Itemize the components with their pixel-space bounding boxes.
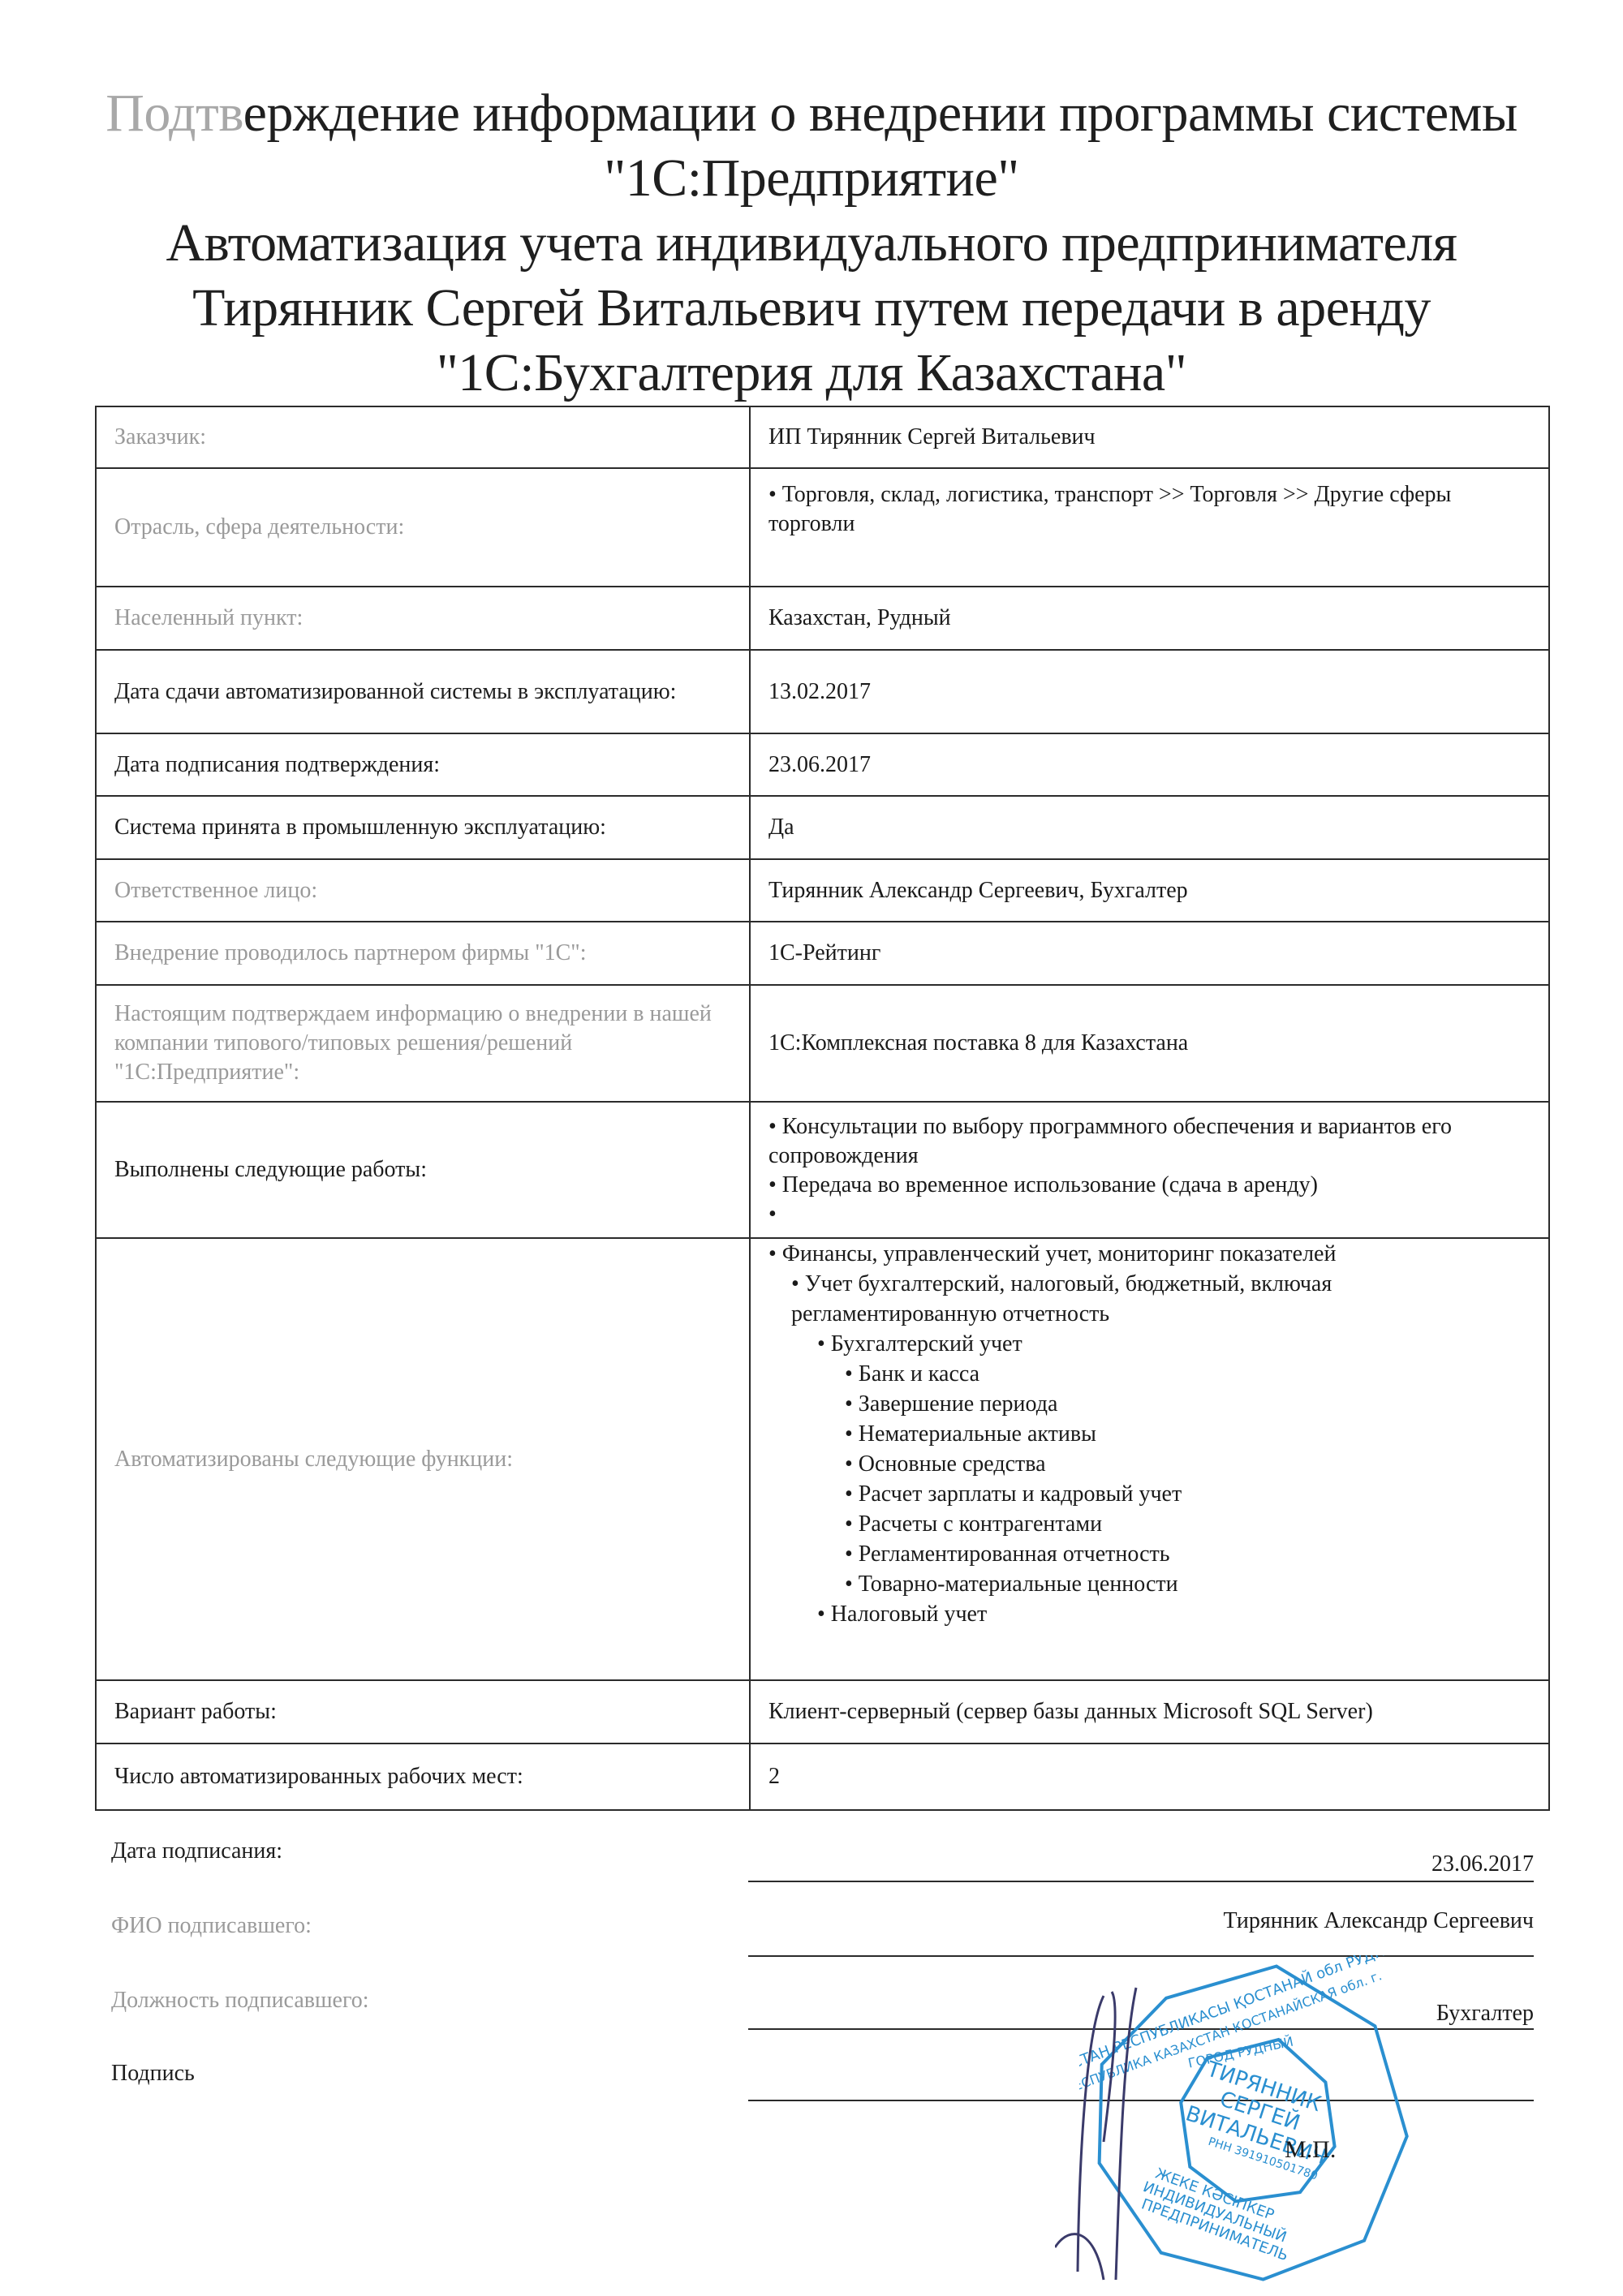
row-label: Заказчик: — [96, 406, 750, 468]
signing-date-label: Дата подписания: — [111, 1838, 282, 1864]
table-row: Отрасль, сфера деятельности: • Торговля,… — [96, 468, 1549, 587]
row-label: Вариант работы: — [96, 1680, 750, 1743]
signer-position-label: Должность подписавшего: — [111, 1988, 369, 2014]
stamp-mark-label: М.П. — [1285, 2136, 1336, 2164]
title-line-2: "1С:Предприятие" — [0, 146, 1623, 211]
works-list: • Консультации по выбору программного об… — [750, 1102, 1549, 1238]
table-row: Ответственное лицо: Тирянник Александр С… — [96, 859, 1549, 922]
row-label: Автоматизированы следующие функции: — [96, 1238, 750, 1680]
table-row: Система принята в промышленную эксплуата… — [96, 796, 1549, 859]
row-value: Тирянник Александр Сергеевич, Бухгалтер — [750, 859, 1549, 922]
list-item: • Учет бухгалтерский, налоговый, бюджетн… — [768, 1269, 1530, 1329]
list-item: • Регламентированная отчетность — [768, 1539, 1530, 1569]
row-value: ИП Тирянник Сергей Витальевич — [750, 406, 1549, 468]
table-row: Внедрение проводилось партнером фирмы "1… — [96, 922, 1549, 985]
table-row: Настоящим подтверждаем информацию о внед… — [96, 985, 1549, 1102]
row-value: Клиент-серверный (сервер базы данных Mic… — [750, 1680, 1549, 1743]
row-value: Казахстан, Рудный — [750, 587, 1549, 650]
row-value: 23.06.2017 — [750, 733, 1549, 796]
row-value: 2 — [750, 1743, 1549, 1810]
table-row: Заказчик: ИП Тирянник Сергей Витальевич — [96, 406, 1549, 468]
list-item: • Бухгалтерский учет — [768, 1329, 1530, 1359]
list-item: • Финансы, управленческий учет, монитори… — [768, 1239, 1530, 1269]
signature-label: Подпись — [111, 2061, 195, 2087]
row-value: 13.02.2017 — [750, 650, 1549, 733]
list-item: • — [768, 1200, 1530, 1229]
row-label: Дата сдачи автоматизированной системы в … — [96, 650, 750, 733]
row-label: Отрасль, сфера деятельности: — [96, 468, 750, 587]
list-item: • Налоговый учет — [768, 1599, 1530, 1629]
table-row: Автоматизированы следующие функции: • Фи… — [96, 1238, 1549, 1680]
title-line-4: Тирянник Сергей Витальевич путем передач… — [0, 276, 1623, 341]
list-item: • Консультации по выбору программного об… — [768, 1112, 1530, 1171]
document-title: Подтверждение информации о внедрении про… — [0, 81, 1623, 406]
row-label: Ответственное лицо: — [96, 859, 750, 922]
table-row: Выполнены следующие работы: • Консультац… — [96, 1102, 1549, 1238]
row-label: Дата подписания подтверждения: — [96, 733, 750, 796]
list-item: • Нематериальные активы — [768, 1419, 1530, 1449]
row-label: Выполнены следующие работы: — [96, 1102, 750, 1238]
row-value: 1С-Рейтинг — [750, 922, 1549, 985]
row-label: Настоящим подтверждаем информацию о внед… — [96, 985, 750, 1102]
row-value: Да — [750, 796, 1549, 859]
title-line-1: Подтверждение информации о внедрении про… — [0, 81, 1623, 146]
table-row: Вариант работы: Клиент-серверный (сервер… — [96, 1680, 1549, 1743]
info-table: Заказчик: ИП Тирянник Сергей Витальевич … — [95, 406, 1550, 1811]
row-label: Населенный пункт: — [96, 587, 750, 650]
list-item: • Завершение периода — [768, 1389, 1530, 1419]
table-row: Число автоматизированных рабочих мест: 2 — [96, 1743, 1549, 1810]
list-item: • Товарно-материальные ценности — [768, 1569, 1530, 1599]
table-row: Населенный пункт: Казахстан, Рудный — [96, 587, 1549, 650]
signer-name-label: ФИО подписавшего: — [111, 1913, 312, 1939]
row-label: Внедрение проводилось партнером фирмы "1… — [96, 922, 750, 985]
title-line-5: "1С:Бухгалтерия для Казахстана" — [0, 341, 1623, 406]
table-row: Дата подписания подтверждения: 23.06.201… — [96, 733, 1549, 796]
title-line-3: Автоматизация учета индивидуального пред… — [0, 211, 1623, 276]
list-item: • Расчеты с контрагентами — [768, 1509, 1530, 1539]
row-label: Число автоматизированных рабочих мест: — [96, 1743, 750, 1810]
signer-position-value: Бухгалтер — [1436, 2001, 1534, 2027]
handwritten-signature-icon — [1055, 1980, 1177, 2288]
row-value: 1С:Комплексная поставка 8 для Казахстана — [750, 985, 1549, 1102]
signer-name-value: Тирянник Александр Сергеевич — [1224, 1908, 1534, 1934]
list-item: • Передача во временное использование (с… — [768, 1171, 1530, 1200]
list-item: • Банк и касса — [768, 1359, 1530, 1389]
signing-date-value: 23.06.2017 — [1431, 1851, 1534, 1877]
signing-date-line — [748, 1881, 1534, 1882]
list-item: • Основные средства — [768, 1449, 1530, 1479]
table-row: Дата сдачи автоматизированной системы в … — [96, 650, 1549, 733]
row-label: Система принята в промышленную эксплуата… — [96, 796, 750, 859]
functions-list: • Финансы, управленческий учет, монитори… — [750, 1238, 1549, 1680]
row-value: • Торговля, склад, логистика, транспорт … — [750, 468, 1549, 587]
list-item: • Расчет зарплаты и кадровый учет — [768, 1479, 1530, 1509]
